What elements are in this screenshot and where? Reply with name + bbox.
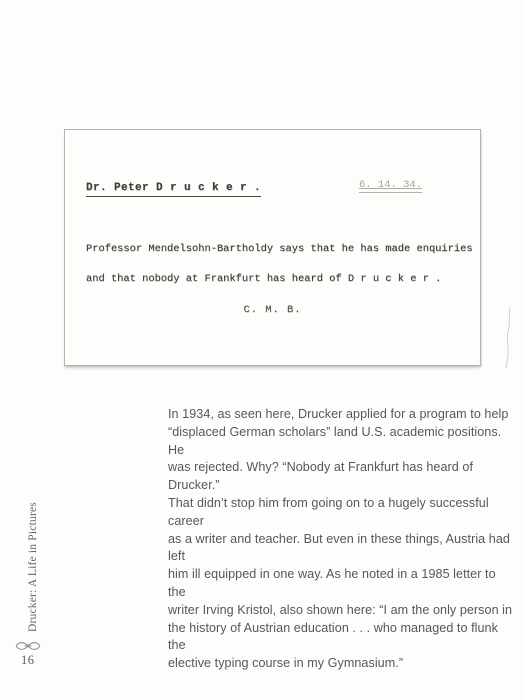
pencil-margin-mark-icon — [504, 306, 514, 370]
memo-body-line: Professor Mendelsohn-Bartholdy says that… — [86, 243, 473, 255]
book-title-vertical: Drucker: A Life in Pictures — [27, 502, 39, 632]
caption-text: In 1934, as seen here, Drucker applied f… — [168, 406, 516, 673]
page-number: 16 — [21, 653, 35, 668]
memo-addressee: Dr. Peter D r u c k e r . — [86, 182, 261, 197]
fleuron-icon — [15, 640, 41, 652]
scanned-memo: Dr. Peter D r u c k e r . 6. 14. 34. Pro… — [64, 129, 481, 366]
book-page: Dr. Peter D r u c k e r . 6. 14. 34. Pro… — [0, 0, 524, 700]
memo-body-line: and that nobody at Frankfurt has heard o… — [86, 273, 441, 285]
memo-date: 6. 14. 34. — [359, 179, 422, 193]
memo-initials: C. M. B. — [65, 304, 480, 316]
